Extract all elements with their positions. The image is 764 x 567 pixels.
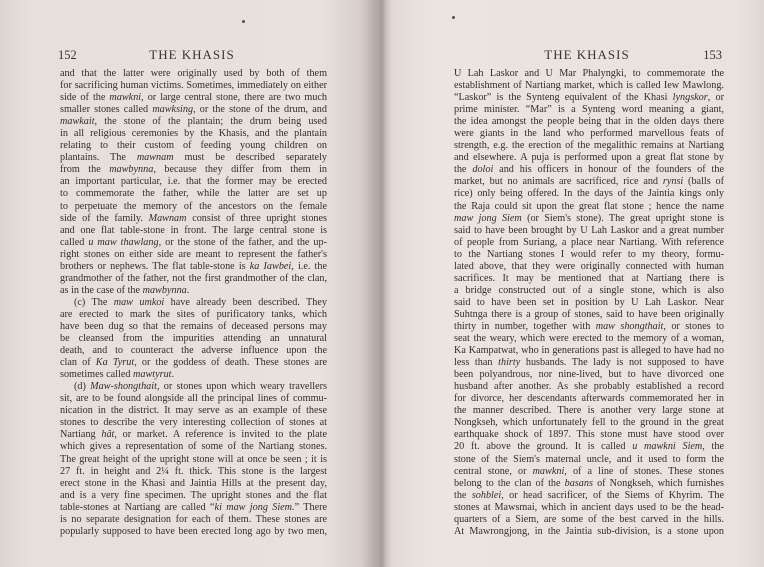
text-line: as in the case of the mawbynna.: [60, 285, 327, 297]
text-line: Nartiang hât, or market. A reference is …: [60, 429, 327, 441]
text-line: 27 ft. in height and 2¼ ft. thick. This …: [60, 466, 327, 478]
text-line: and elsewhere. A puja is performed upon …: [454, 152, 724, 164]
text-line: seat the weary, which were erected to th…: [454, 333, 724, 345]
text-line: The great height of the upright stone wi…: [60, 454, 327, 466]
text-line: “Laskor” is the Synteng equivalent of th…: [454, 92, 724, 104]
text-line: maw jong Siem (or Siem's stone). The gre…: [454, 213, 724, 225]
text-line: establishment of Nartiang market, which …: [454, 80, 724, 92]
text-line: for divorce, her descendants afterwards …: [454, 393, 724, 405]
text-line: were giants in the land who performed ma…: [454, 128, 724, 140]
text-line: which gives a representation of some of …: [60, 441, 327, 453]
text-line: of people from Suriang, a place near Nar…: [454, 237, 724, 249]
text-line: to the Nartiang stones I would refer to …: [454, 249, 724, 261]
text-line: in all religious ceremonies by the Khasi…: [60, 128, 327, 140]
text-line: rice) only being offered. In the days of…: [454, 188, 724, 200]
text-line: nication in the district. It may serve a…: [60, 405, 327, 417]
text-line: the doloi and his officers in honour of …: [454, 164, 724, 176]
text-line: smaller stones called mawksing, or the s…: [60, 104, 327, 116]
left-page-header: 152 THE KHASIS: [58, 47, 326, 63]
text-line: death, and to counteract the adverse inf…: [60, 345, 327, 357]
text-line: side of the mawkni, or large central sto…: [60, 92, 327, 104]
text-line: (c) The maw umkoi have already been desc…: [60, 297, 327, 309]
text-line: At Mawrongjong, in the Jaintia sub-divis…: [454, 526, 724, 538]
left-page: 152 THE KHASIS and that the latter were …: [0, 0, 384, 567]
running-title: THE KHASIS: [452, 47, 722, 63]
text-line: sit, are to be found alongside all the p…: [60, 393, 327, 405]
book-spread: 152 THE KHASIS and that the latter were …: [0, 0, 764, 567]
page-number: 153: [703, 48, 722, 63]
text-line: the manner described. There is another v…: [454, 405, 724, 417]
text-line: (d) Maw-shongthait, or stones upon which…: [60, 381, 327, 393]
left-page-body: and that the latter were originally used…: [60, 68, 327, 538]
text-line: said to have been brought by U Lah Lasko…: [454, 225, 724, 237]
text-line: an important particular, i.e. that the f…: [60, 176, 327, 188]
text-line: less than thirty husbands. The lady is n…: [454, 357, 724, 369]
text-line: belong to the clan of the basans of Nong…: [454, 478, 724, 490]
text-line: clan of Ka Tyrut, or the goddess of deat…: [60, 357, 327, 369]
text-line: mawkait, the stone of the plantain; the …: [60, 116, 327, 128]
text-line: to commemorate the father, while the lat…: [60, 188, 327, 200]
text-line: side of the family. Mawnam consist of th…: [60, 213, 327, 225]
text-line: brothers or nephews. The flat table-ston…: [60, 261, 327, 273]
text-line: earthquake shock of 1897. This stone mus…: [454, 429, 724, 441]
text-line: stones to describe the very interesting …: [60, 417, 327, 429]
right-page-body: U Lah Laskor and U Mar Phalyngki, to com…: [454, 68, 724, 538]
text-line: and is a very fine specimen. The upright…: [60, 490, 327, 502]
text-line: grandmother of the father, not the first…: [60, 273, 327, 285]
text-line: and one flat table-stone in front. The l…: [60, 225, 327, 237]
text-line: quarters of a Siem, are some of the best…: [454, 514, 724, 526]
text-line: central stone, or mawkni, of a line of s…: [454, 466, 724, 478]
text-line: relating to their custom of feeding youn…: [60, 140, 327, 152]
text-line: sacrifices. It may be mentioned that at …: [454, 273, 724, 285]
text-line: from the mawbynna, because they differ f…: [60, 164, 327, 176]
text-line: be cleansed from the impurities attendin…: [60, 333, 327, 345]
text-line: called u maw thawlang, or the stone of t…: [60, 237, 327, 249]
text-line: a bridge constructed out of a single sto…: [454, 285, 724, 297]
text-line: sometimes called mawtyrut.: [60, 369, 327, 381]
text-line: husband after another. As she probably e…: [454, 381, 724, 393]
running-title: THE KHASIS: [58, 47, 326, 63]
text-line: the sohblei, or head sacrificer, of the …: [454, 490, 724, 502]
text-line: for sacrificing human victims. Sometimes…: [60, 80, 327, 92]
text-line: table-stones at Nartiang are called “ki …: [60, 502, 327, 514]
text-line: erect stone in the Khasi and Jaintia Hil…: [60, 478, 327, 490]
text-line: thirty in number, together with maw shon…: [454, 321, 724, 333]
text-line: are erected to mark the sites of purific…: [60, 309, 327, 321]
text-line: the idea amongst the people being that i…: [454, 116, 724, 128]
text-line: 20 ft. above the ground. It is called u …: [454, 441, 724, 453]
text-line: right stones on either side are meant to…: [60, 249, 327, 261]
right-page-header: THE KHASIS 153: [452, 47, 722, 63]
text-line: prime minister. “Mar” is a Synteng word …: [454, 104, 724, 116]
text-line: plantains. The mawnam must be described …: [60, 152, 327, 164]
paper-speck: [452, 16, 455, 19]
text-line: strength, e.g. the erection of the megal…: [454, 140, 724, 152]
text-line: U Lah Laskor and U Mar Phalyngki, to com…: [454, 68, 724, 80]
text-line: is no separate designation for each of t…: [60, 514, 327, 526]
text-line: Nongkseh, which unfortunately fell to th…: [454, 417, 724, 429]
text-line: stones at Mawsmai, which in ancient days…: [454, 502, 724, 514]
text-line: stone of the Siem's maternal uncle, and …: [454, 454, 724, 466]
text-line: Suhtnga there is a group of stones, said…: [454, 309, 724, 321]
text-line: have been dug so that the remains of dec…: [60, 321, 327, 333]
right-page: THE KHASIS 153 U Lah Laskor and U Mar Ph…: [386, 0, 764, 567]
text-line: Ka Kampatwat, who in generations past is…: [454, 345, 724, 357]
text-line: popularly supposed to have been erected …: [60, 526, 327, 538]
text-line: said to have been set in position by U L…: [454, 297, 724, 309]
text-line: lated above, that they were originally c…: [454, 261, 724, 273]
text-line: been polyandrous, nor nine-lived, but to…: [454, 369, 724, 381]
paper-speck: [242, 20, 245, 23]
text-line: the Raja could sit upon the great flat s…: [454, 201, 724, 213]
text-line: market, but no animals are sacrificed, r…: [454, 176, 724, 188]
text-line: to perpetuate the memory of the ancestor…: [60, 201, 327, 213]
text-line: and that the latter were originally used…: [60, 68, 327, 80]
